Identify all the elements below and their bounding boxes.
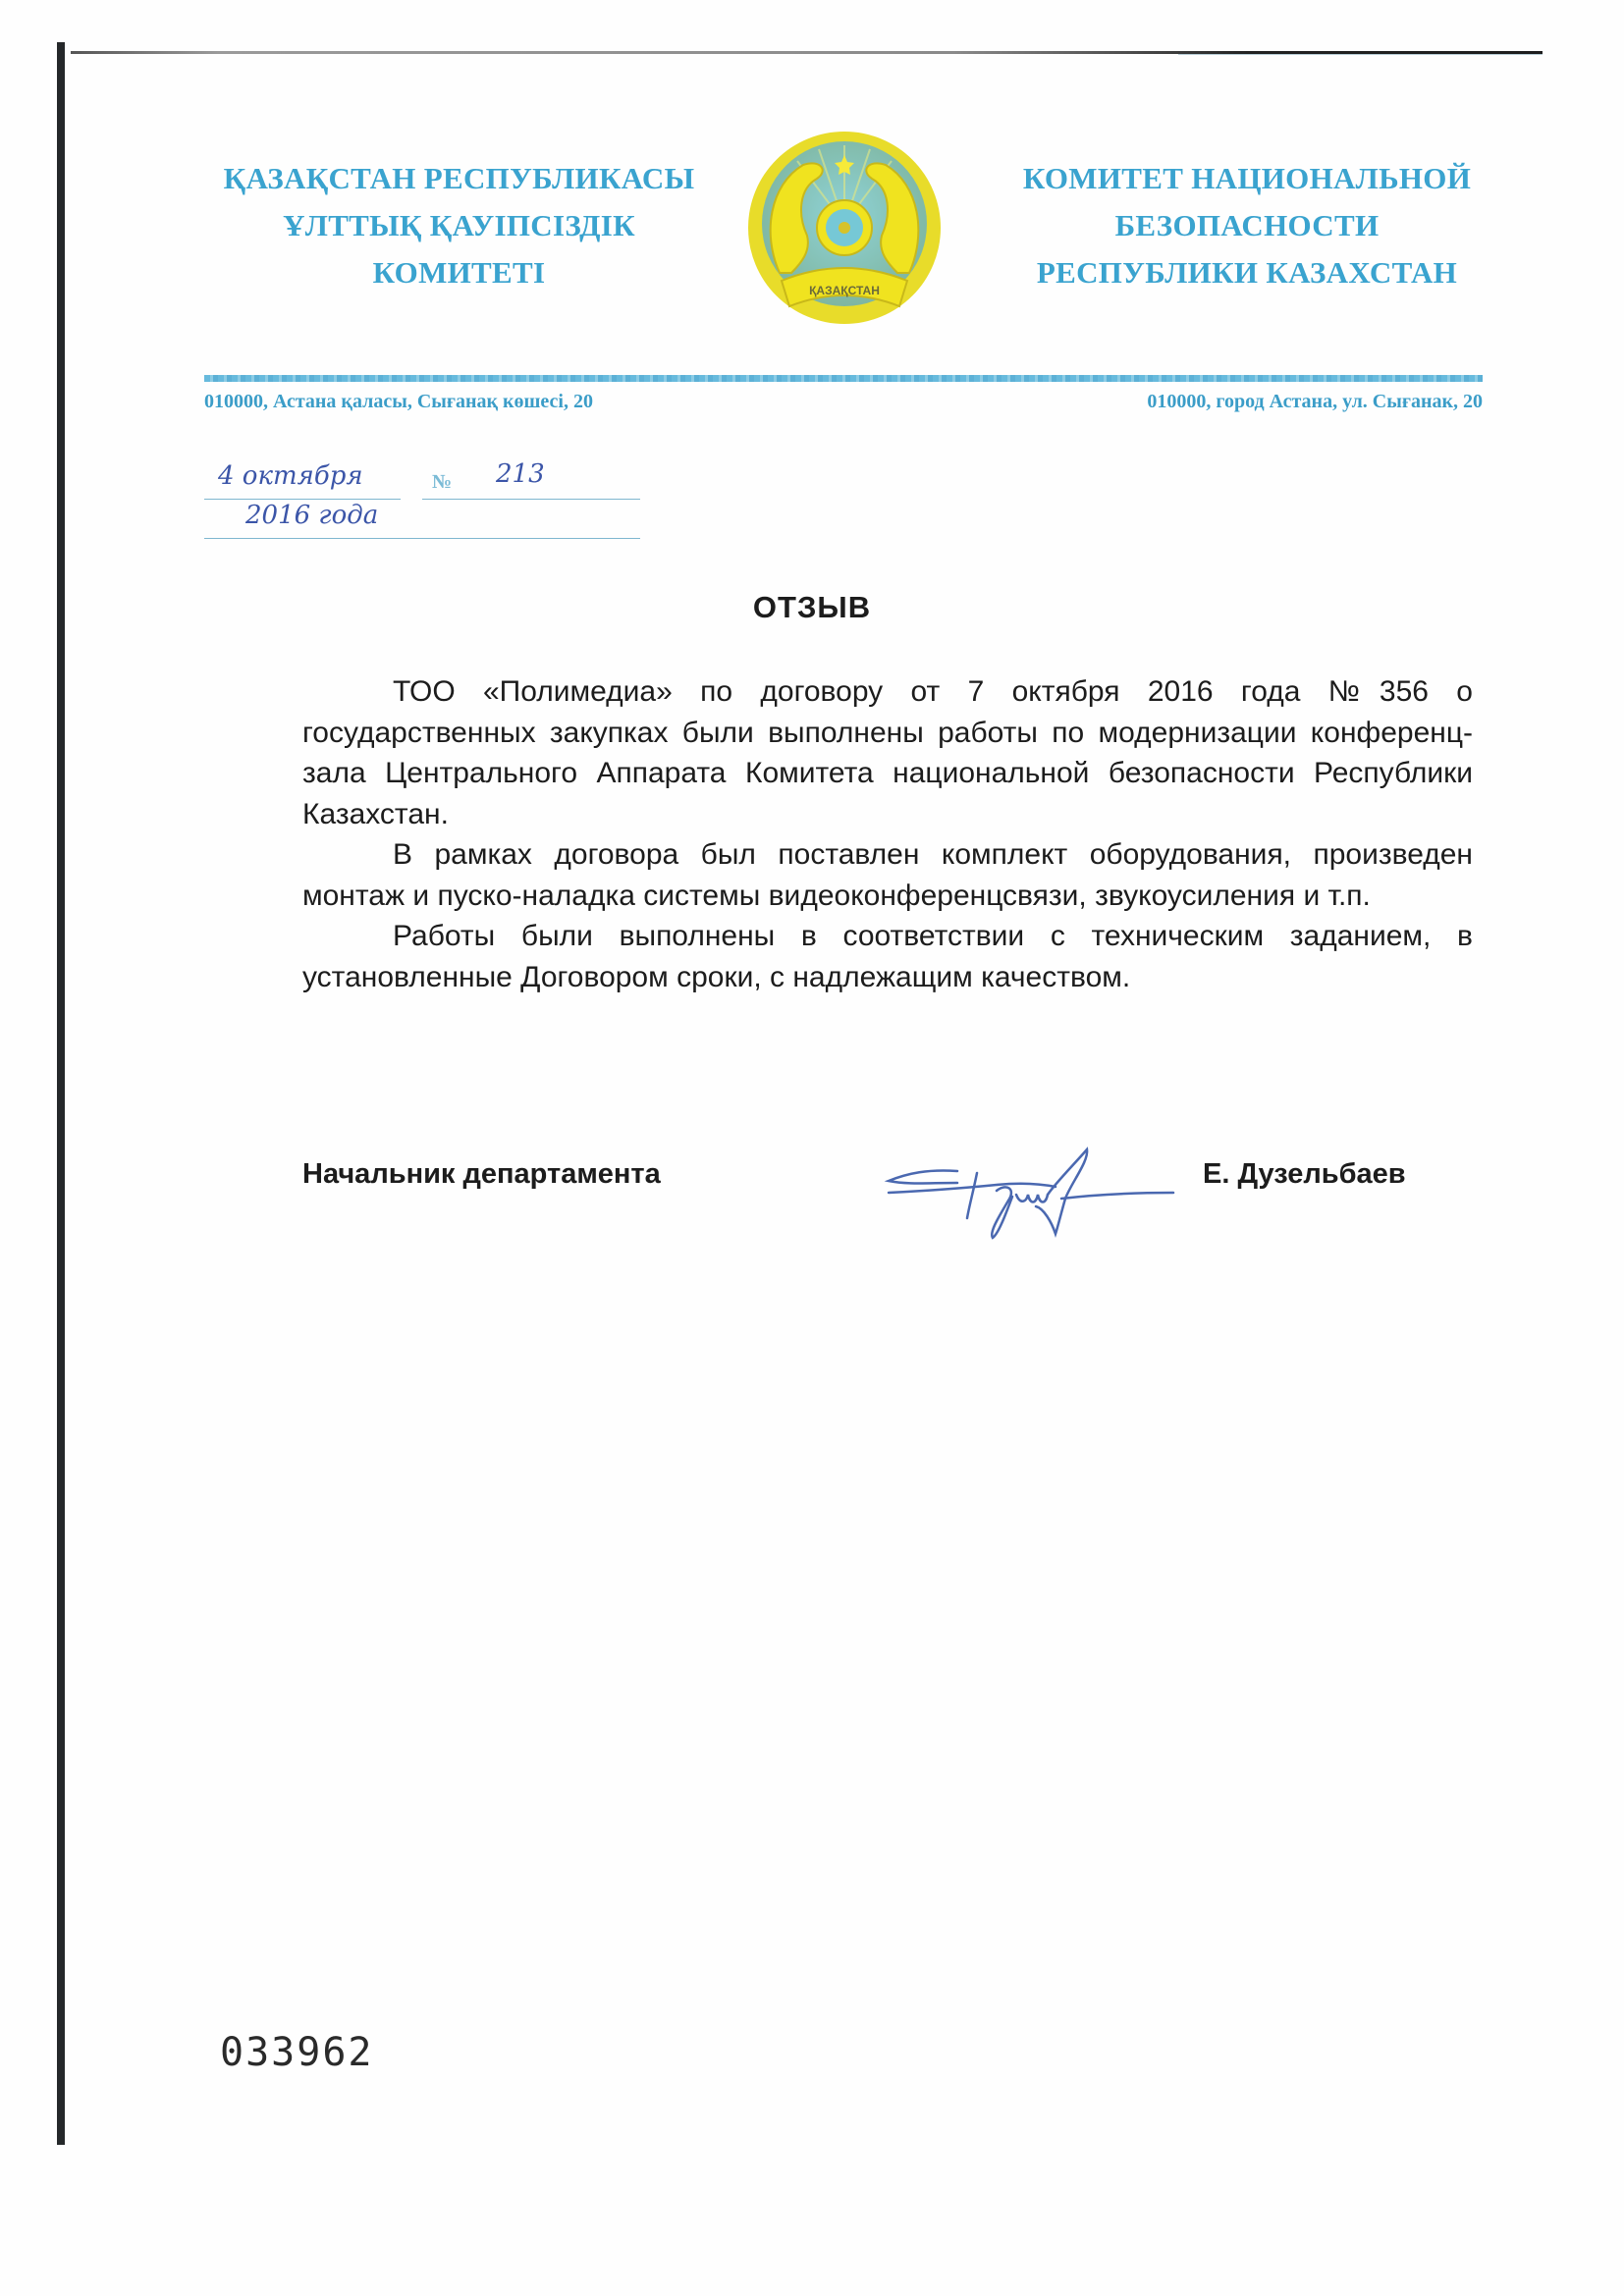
letterhead-kz-line: КОМИТЕТІ — [201, 249, 717, 296]
signatory-position: Начальник департамента — [302, 1158, 661, 1191]
body-paragraph: ТОО «Полимедиа» по договору от 7 октября… — [302, 671, 1473, 834]
letterhead-kazakh: ҚАЗАҚСТАН РЕСПУБЛИКАСЫ ҰЛТТЫҚ ҚАУІПСІЗДІ… — [201, 155, 717, 296]
document-body: ТОО «Полимедиа» по договору от 7 октября… — [302, 671, 1473, 997]
letterhead-kz-line: ҚАЗАҚСТАН РЕСПУБЛИКАСЫ — [201, 155, 717, 202]
address-russian: 010000, город Астана, ул. Сығанак, 20 — [1080, 389, 1483, 414]
letterhead-ru-line: РЕСПУБЛИКИ КАЗАХСТАН — [982, 249, 1512, 296]
body-paragraph: В рамках договора был поставлен комплект… — [302, 834, 1473, 916]
letterhead-ru-line: БЕЗОПАСНОСТИ — [982, 202, 1512, 249]
date-field-line — [204, 499, 401, 500]
scan-edge-bar — [57, 42, 65, 2145]
year-field-line — [204, 538, 640, 539]
scan-top-rule-secondary — [1178, 54, 1543, 55]
letterhead-ru-line: КОМИТЕТ НАЦИОНАЛЬНОЙ — [982, 155, 1512, 202]
signature-icon — [879, 1144, 1193, 1252]
number-field-line — [422, 499, 640, 500]
signatory-name: Е. Дузельбаев — [1203, 1158, 1406, 1191]
number-sign: № — [432, 471, 452, 494]
letterhead-divider — [204, 375, 1483, 382]
body-paragraph: Работы были выполнены в соответствии с т… — [302, 916, 1473, 997]
document-title: ОТЗЫВ — [0, 590, 1624, 625]
letterhead-kz-line: ҰЛТТЫҚ ҚАУІПСІЗДІК — [201, 202, 717, 249]
letterhead-russian: КОМИТЕТ НАЦИОНАЛЬНОЙ БЕЗОПАСНОСТИ РЕСПУБ… — [982, 155, 1512, 296]
address-kazakh: 010000, Астана қаласы, Сығанақ көшесі, 2… — [204, 389, 593, 414]
serial-number: 033962 — [220, 2030, 374, 2075]
state-emblem-icon: ҚАЗАҚСТАН — [742, 126, 947, 330]
handwritten-year: 2016 года — [245, 501, 378, 530]
emblem-label: ҚАЗАҚСТАН — [809, 284, 880, 297]
handwritten-date: 4 октября — [218, 461, 363, 491]
handwritten-number: 213 — [496, 459, 545, 489]
